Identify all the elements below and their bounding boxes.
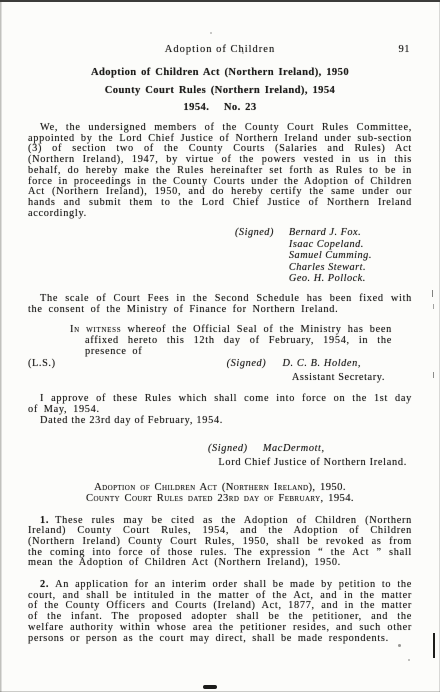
- running-header-title: Adoption of Children: [165, 44, 275, 55]
- signatory-name: Samuel Cumming.: [289, 250, 372, 261]
- rule-number: 1.: [40, 515, 49, 526]
- fees-note-paragraph: The scale of Court Fees in the Second Sc…: [28, 294, 412, 315]
- secretary-name: D. C. B. Holden,: [282, 358, 361, 369]
- scan-artifact-line: [433, 633, 435, 658]
- signed-label: (Signed): [235, 227, 274, 284]
- rule-number: 2.: [40, 579, 49, 590]
- scan-artifact-tick: [433, 304, 435, 309]
- scan-artifact-speck: [408, 659, 410, 661]
- rules-caps-heading-line1: Adoption of Children Act (Northern Irela…: [28, 482, 412, 494]
- scan-artifact-tick: [433, 372, 435, 378]
- running-header: Adoption of Children 91: [28, 44, 412, 55]
- witness-lead-in: In witness: [70, 324, 121, 335]
- seal-signature-row: (L.S.) (Signed) D. C. B. Holden,: [28, 359, 412, 370]
- witness-text: whereof the Official Seal of the Ministr…: [85, 324, 392, 357]
- witness-paragraph: In witness whereof the Official Seal of …: [70, 325, 392, 358]
- document-page: Adoption of Children 91 Adoption of Chil…: [0, 0, 440, 692]
- rules-title-heading: County Court Rules (Northern Ireland), 1…: [28, 85, 412, 96]
- judge-name: MacDermott,: [263, 443, 325, 454]
- scan-artifact-speck: [210, 32, 212, 34]
- signatory-name: Isaac Copeland.: [289, 239, 372, 250]
- page-content: Adoption of Children 91 Adoption of Chil…: [0, 44, 440, 644]
- signatory-name: Charles Stewart.: [289, 262, 372, 273]
- rules-caps-heading-line2: County Court Rules dated 23rd day of Feb…: [28, 493, 412, 505]
- rule-1-paragraph: 1.These rules may be cited as the Adopti…: [28, 516, 412, 570]
- statute-number: No. 23: [224, 102, 257, 113]
- rule-2-paragraph: 2.An application for an interim order sh…: [28, 580, 412, 644]
- statute-number-line: 1954. No. 23: [28, 102, 412, 113]
- dated-line: Dated the 23rd day of February, 1954.: [28, 416, 412, 427]
- signatory-names: Bernard J. Fox. Isaac Copeland. Samuel C…: [289, 227, 372, 284]
- judge-signature: (Signed) MacDermott,: [208, 443, 412, 454]
- scan-artifact-blob: [203, 685, 217, 689]
- signed-label: (Signed): [227, 358, 267, 369]
- judge-title: Lord Chief Justice of Northern Ireland.: [28, 457, 412, 468]
- page-number: 91: [399, 44, 411, 55]
- statute-year: 1954.: [183, 102, 209, 113]
- scan-artifact-speck: [242, 52, 244, 54]
- committee-signature-block: (Signed) Bernard J. Fox. Isaac Copeland.…: [235, 227, 412, 284]
- scan-artifact-tick: [432, 290, 434, 297]
- signatory-name: Geo. H. Pollock.: [289, 273, 372, 284]
- rule-text: These rules may be cited as the Adoption…: [28, 515, 412, 569]
- scan-artifact-speck: [398, 644, 401, 647]
- signatory-name: Bernard J. Fox.: [289, 227, 372, 238]
- approval-paragraph: I approve of these Rules which shall com…: [28, 394, 412, 415]
- rules-caps-heading: Adoption of Children Act (Northern Irela…: [28, 482, 412, 505]
- rule-text: An application for an interim order shal…: [28, 579, 412, 644]
- secretary-title: Assistant Secretary.: [28, 372, 412, 383]
- signed-label: (Signed): [208, 443, 248, 454]
- ls-seal-label: (L.S.): [28, 359, 56, 370]
- secretary-signature: (Signed) D. C. B. Holden,: [227, 359, 361, 370]
- act-title-heading: Adoption of Children Act (Northern Irela…: [28, 67, 412, 78]
- preamble-paragraph: We, the undersigned members of the Count…: [28, 123, 412, 219]
